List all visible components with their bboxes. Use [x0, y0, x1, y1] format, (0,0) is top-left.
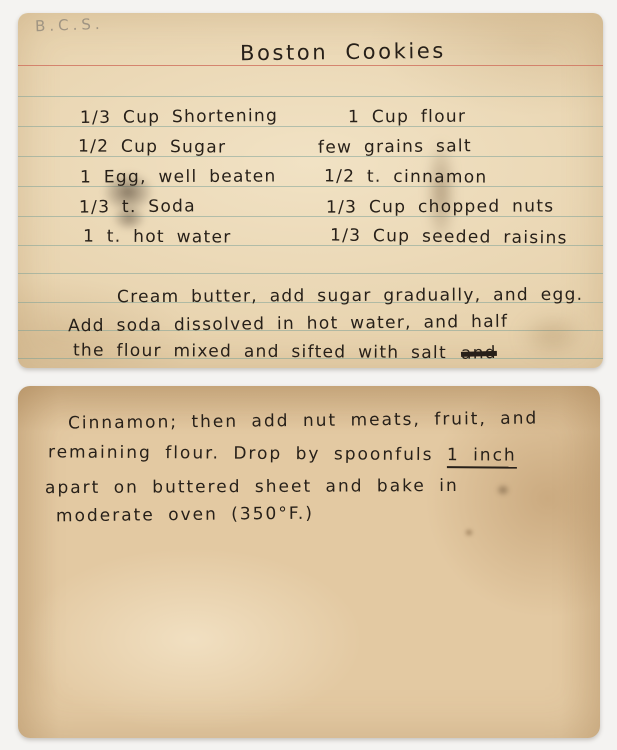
- scan-background: { "scan": { "pencil_note": "B.C.S.", "ca…: [0, 0, 617, 750]
- recipe-title: Boston Cookies: [240, 40, 446, 65]
- small-stain: [496, 484, 510, 496]
- ruled-line-red: [18, 65, 603, 66]
- pencil-index-note: B.C.S.: [35, 15, 104, 35]
- recipe-card-back: Cinnamon; then add nut meats, fruit, and…: [18, 386, 600, 738]
- ingredient-item: 1 Egg, well beaten: [80, 165, 277, 188]
- ingredient-item: 1/3 Cup seeded raisins: [330, 225, 568, 250]
- ingredient-item: 1/2 Cup Sugar: [78, 135, 226, 158]
- underlined-measurement: 1 inch: [447, 445, 517, 468]
- ingredient-item: 1 t. hot water: [83, 225, 232, 248]
- instructions-line: the flour mixed and sifted with saltand: [73, 340, 497, 365]
- ingredient-item: few grains salt: [318, 135, 472, 159]
- back-instructions-line: apart on buttered sheet and bake in: [45, 475, 459, 499]
- recipe-card-front: B.C.S. Boston Cookies 1/3 Cup Shortening…: [18, 13, 603, 368]
- small-stain: [464, 528, 474, 537]
- corner-stain: [518, 313, 588, 359]
- ruled-line-blue: [18, 273, 603, 274]
- back-instructions-line: moderate oven (350°F.): [56, 503, 314, 528]
- back-instructions-line: remaining flour. Drop by spoonfuls 1 inc…: [48, 441, 517, 466]
- ruled-line-blue: [18, 96, 603, 97]
- ingredient-item: 1/3 Cup Shortening: [80, 105, 278, 129]
- ingredient-item: 1/3 t. Soda: [79, 195, 196, 218]
- instructions-line: Cream butter, add sugar gradually, and e…: [117, 284, 583, 308]
- ingredient-item: 1/2 t. cinnamon: [324, 165, 488, 188]
- ingredient-item: 1/3 Cup chopped nuts: [326, 195, 555, 218]
- back-line-text: remaining flour. Drop by spoonfuls: [48, 442, 434, 465]
- instructions-line: Add soda dissolved in hot water, and hal…: [68, 311, 508, 338]
- crossed-out-word: and: [461, 342, 497, 365]
- ingredient-item: 1 Cup flour: [348, 106, 466, 129]
- instructions-line-text: the flour mixed and sifted with salt: [73, 341, 447, 364]
- back-instructions-line: Cinnamon; then add nut meats, fruit, and: [68, 408, 538, 435]
